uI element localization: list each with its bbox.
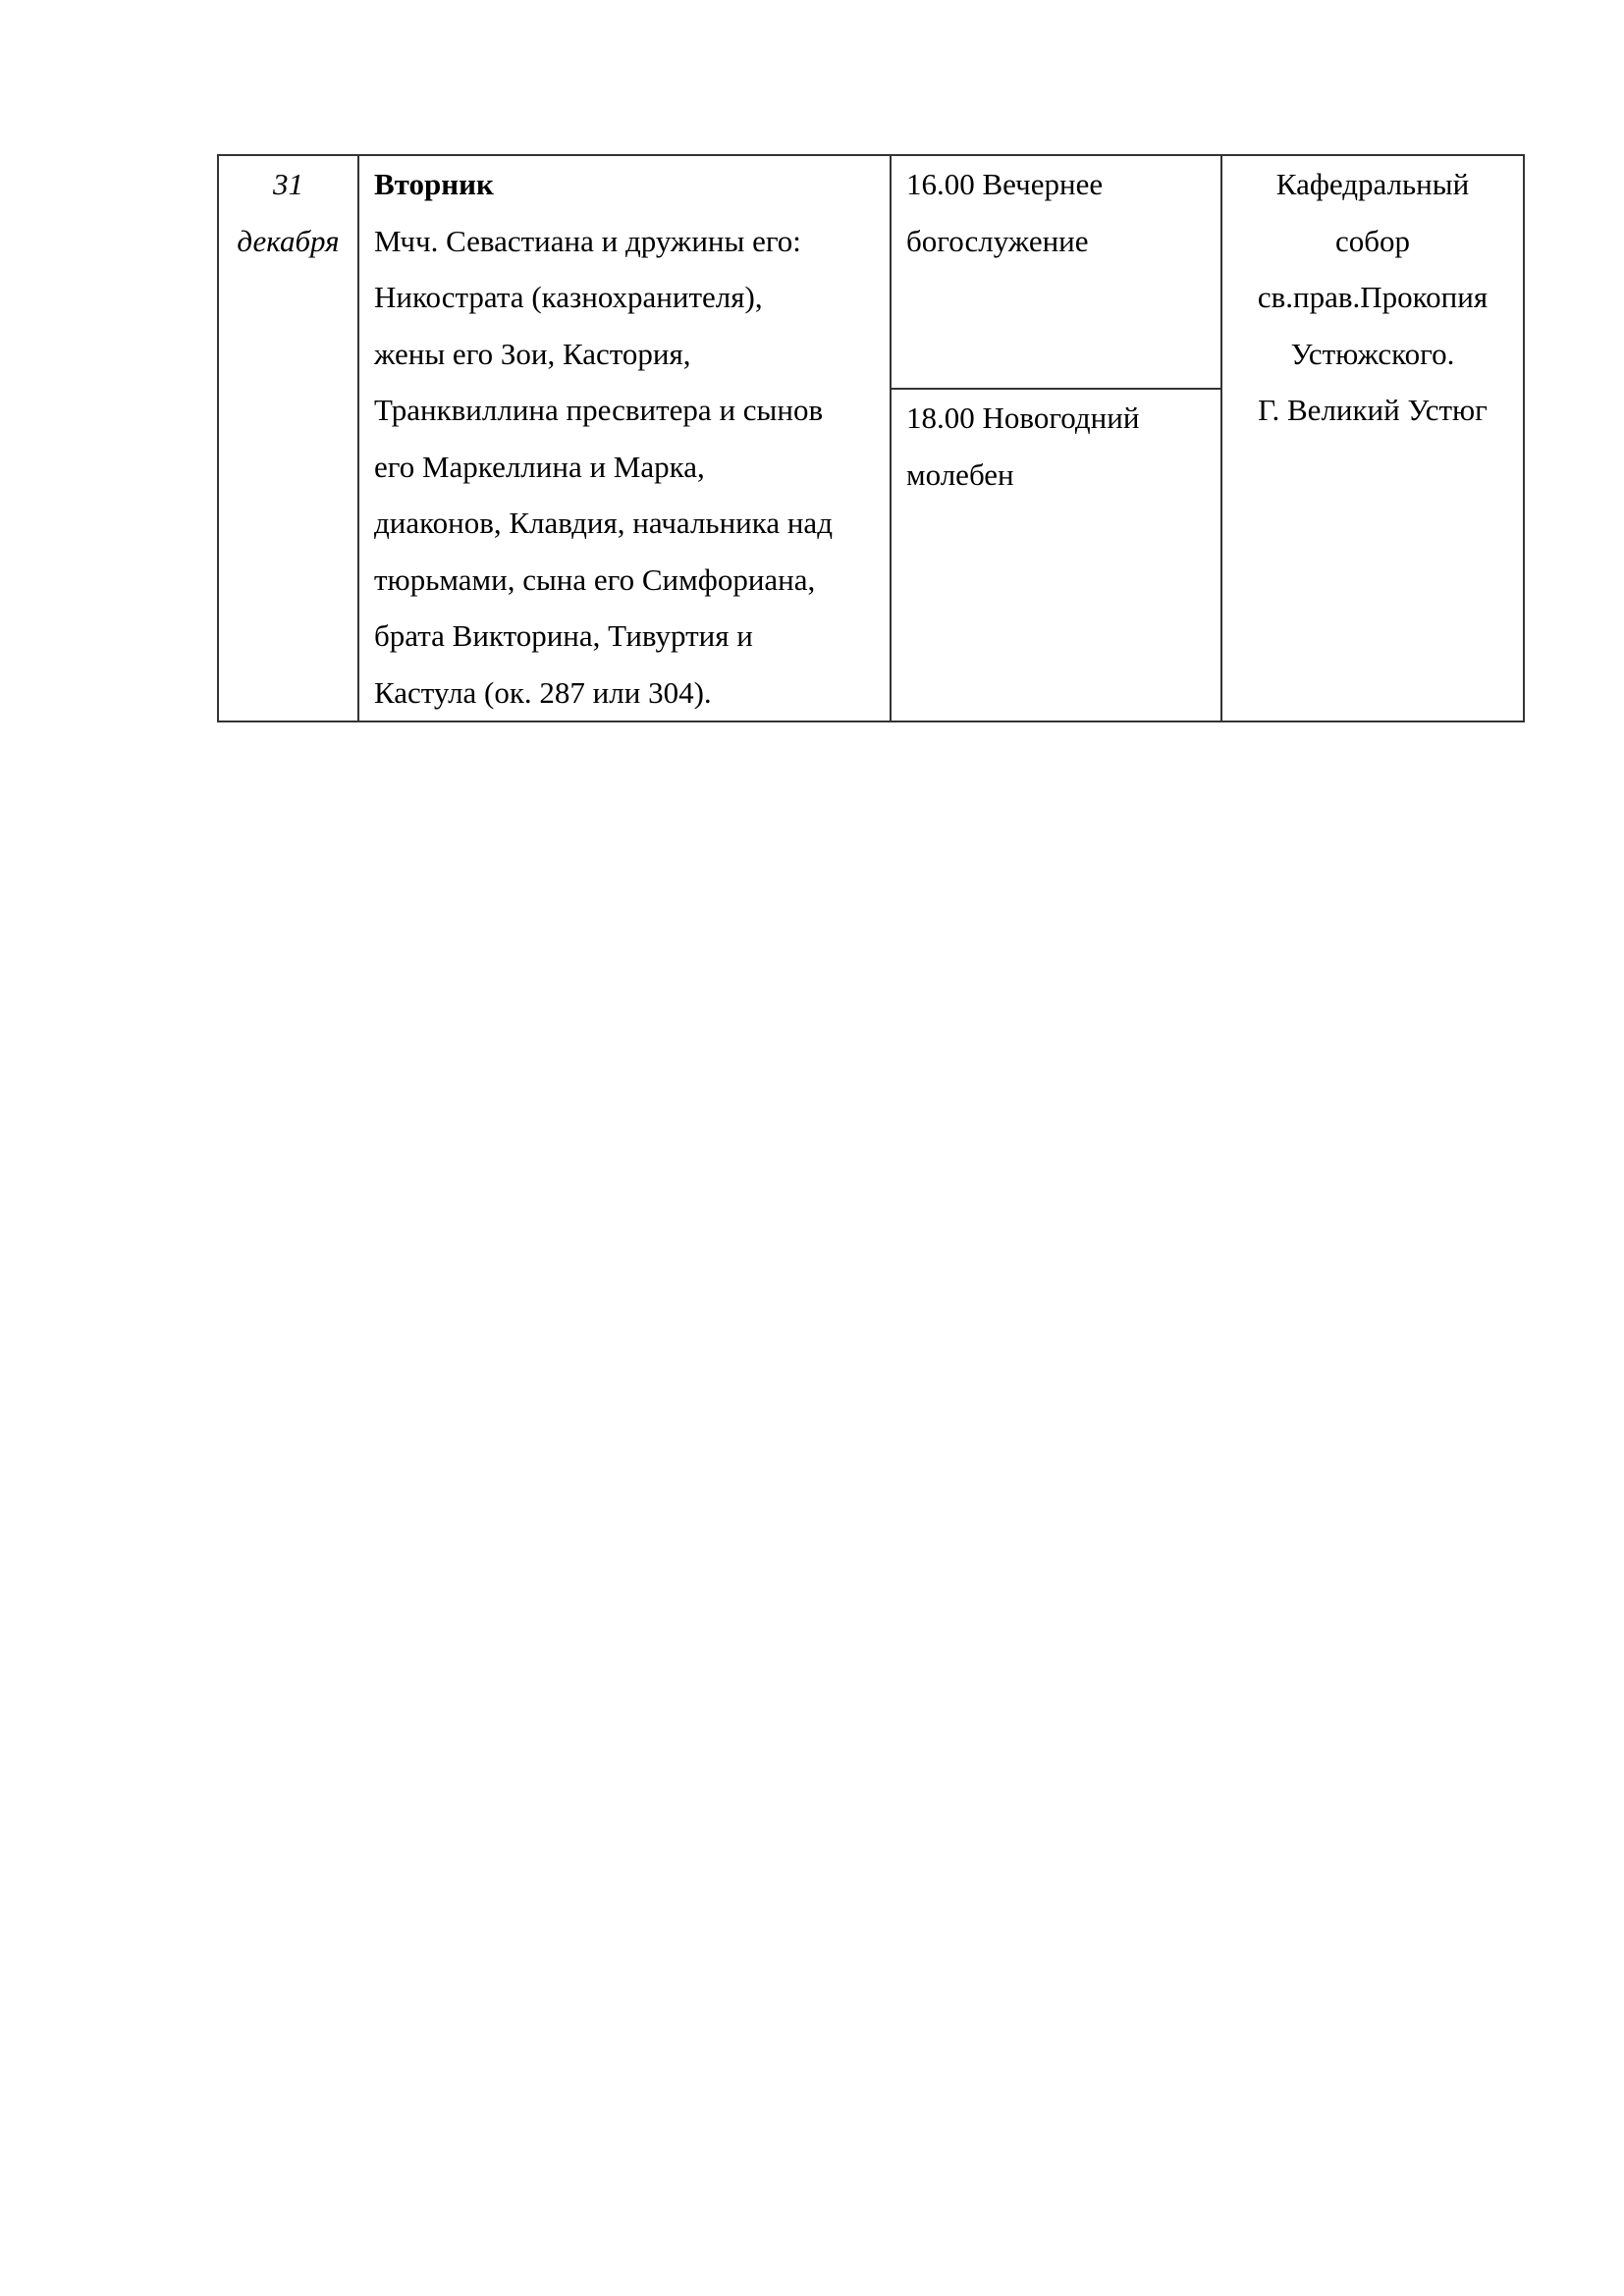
saint-line: Мчч. Севастиана и дружины его: — [374, 213, 884, 270]
service-line: 16.00 Вечернее — [906, 156, 1215, 213]
table-row: 31 декабря Вторник Мчч. Севастиана и дру… — [218, 155, 1524, 389]
saint-line: его Маркеллина и Марка, — [374, 439, 884, 496]
place-line: Кафедральный — [1228, 156, 1517, 213]
service-new-year-cell: 18.00 Новогодний молебен — [891, 389, 1221, 721]
place-cell: Кафедральный собор св.прав.Прокопия Устю… — [1221, 155, 1524, 721]
place-line: Устюжского. — [1228, 326, 1517, 383]
saint-line: тюрьмами, сына его Симфориана, — [374, 552, 884, 609]
service-line: молебен — [906, 447, 1215, 504]
saint-line: Кастула (ок. 287 или 304). — [374, 665, 884, 721]
date-month: декабря — [219, 213, 357, 270]
place-line: Г. Великий Устюг — [1228, 382, 1517, 439]
service-line: богослужение — [906, 213, 1215, 270]
saint-line: жены его Зои, Кастория, — [374, 326, 884, 383]
date-day: 31 — [219, 156, 357, 213]
service-schedule-table: 31 декабря Вторник Мчч. Севастиана и дру… — [217, 154, 1525, 722]
saints-cell: Вторник Мчч. Севастиана и дружины его: Н… — [358, 155, 891, 721]
service-evening-cell: 16.00 Вечернее богослужение — [891, 155, 1221, 389]
weekday-heading: Вторник — [374, 156, 884, 213]
saints-commemoration: Мчч. Севастиана и дружины его: Никострат… — [374, 213, 884, 721]
place-line: св.прав.Прокопия — [1228, 269, 1517, 326]
place-line: собор — [1228, 213, 1517, 270]
date-cell: 31 декабря — [218, 155, 358, 721]
saint-line: диаконов, Клавдия, начальника над — [374, 495, 884, 552]
document-page: 31 декабря Вторник Мчч. Севастиана и дру… — [0, 0, 1624, 2296]
saint-line: Никострата (казнохранителя), — [374, 269, 884, 326]
saint-line: Транквиллина пресвитера и сынов — [374, 382, 884, 439]
saint-line: брата Викторина, Тивуртия и — [374, 608, 884, 665]
service-line: 18.00 Новогодний — [906, 390, 1215, 447]
